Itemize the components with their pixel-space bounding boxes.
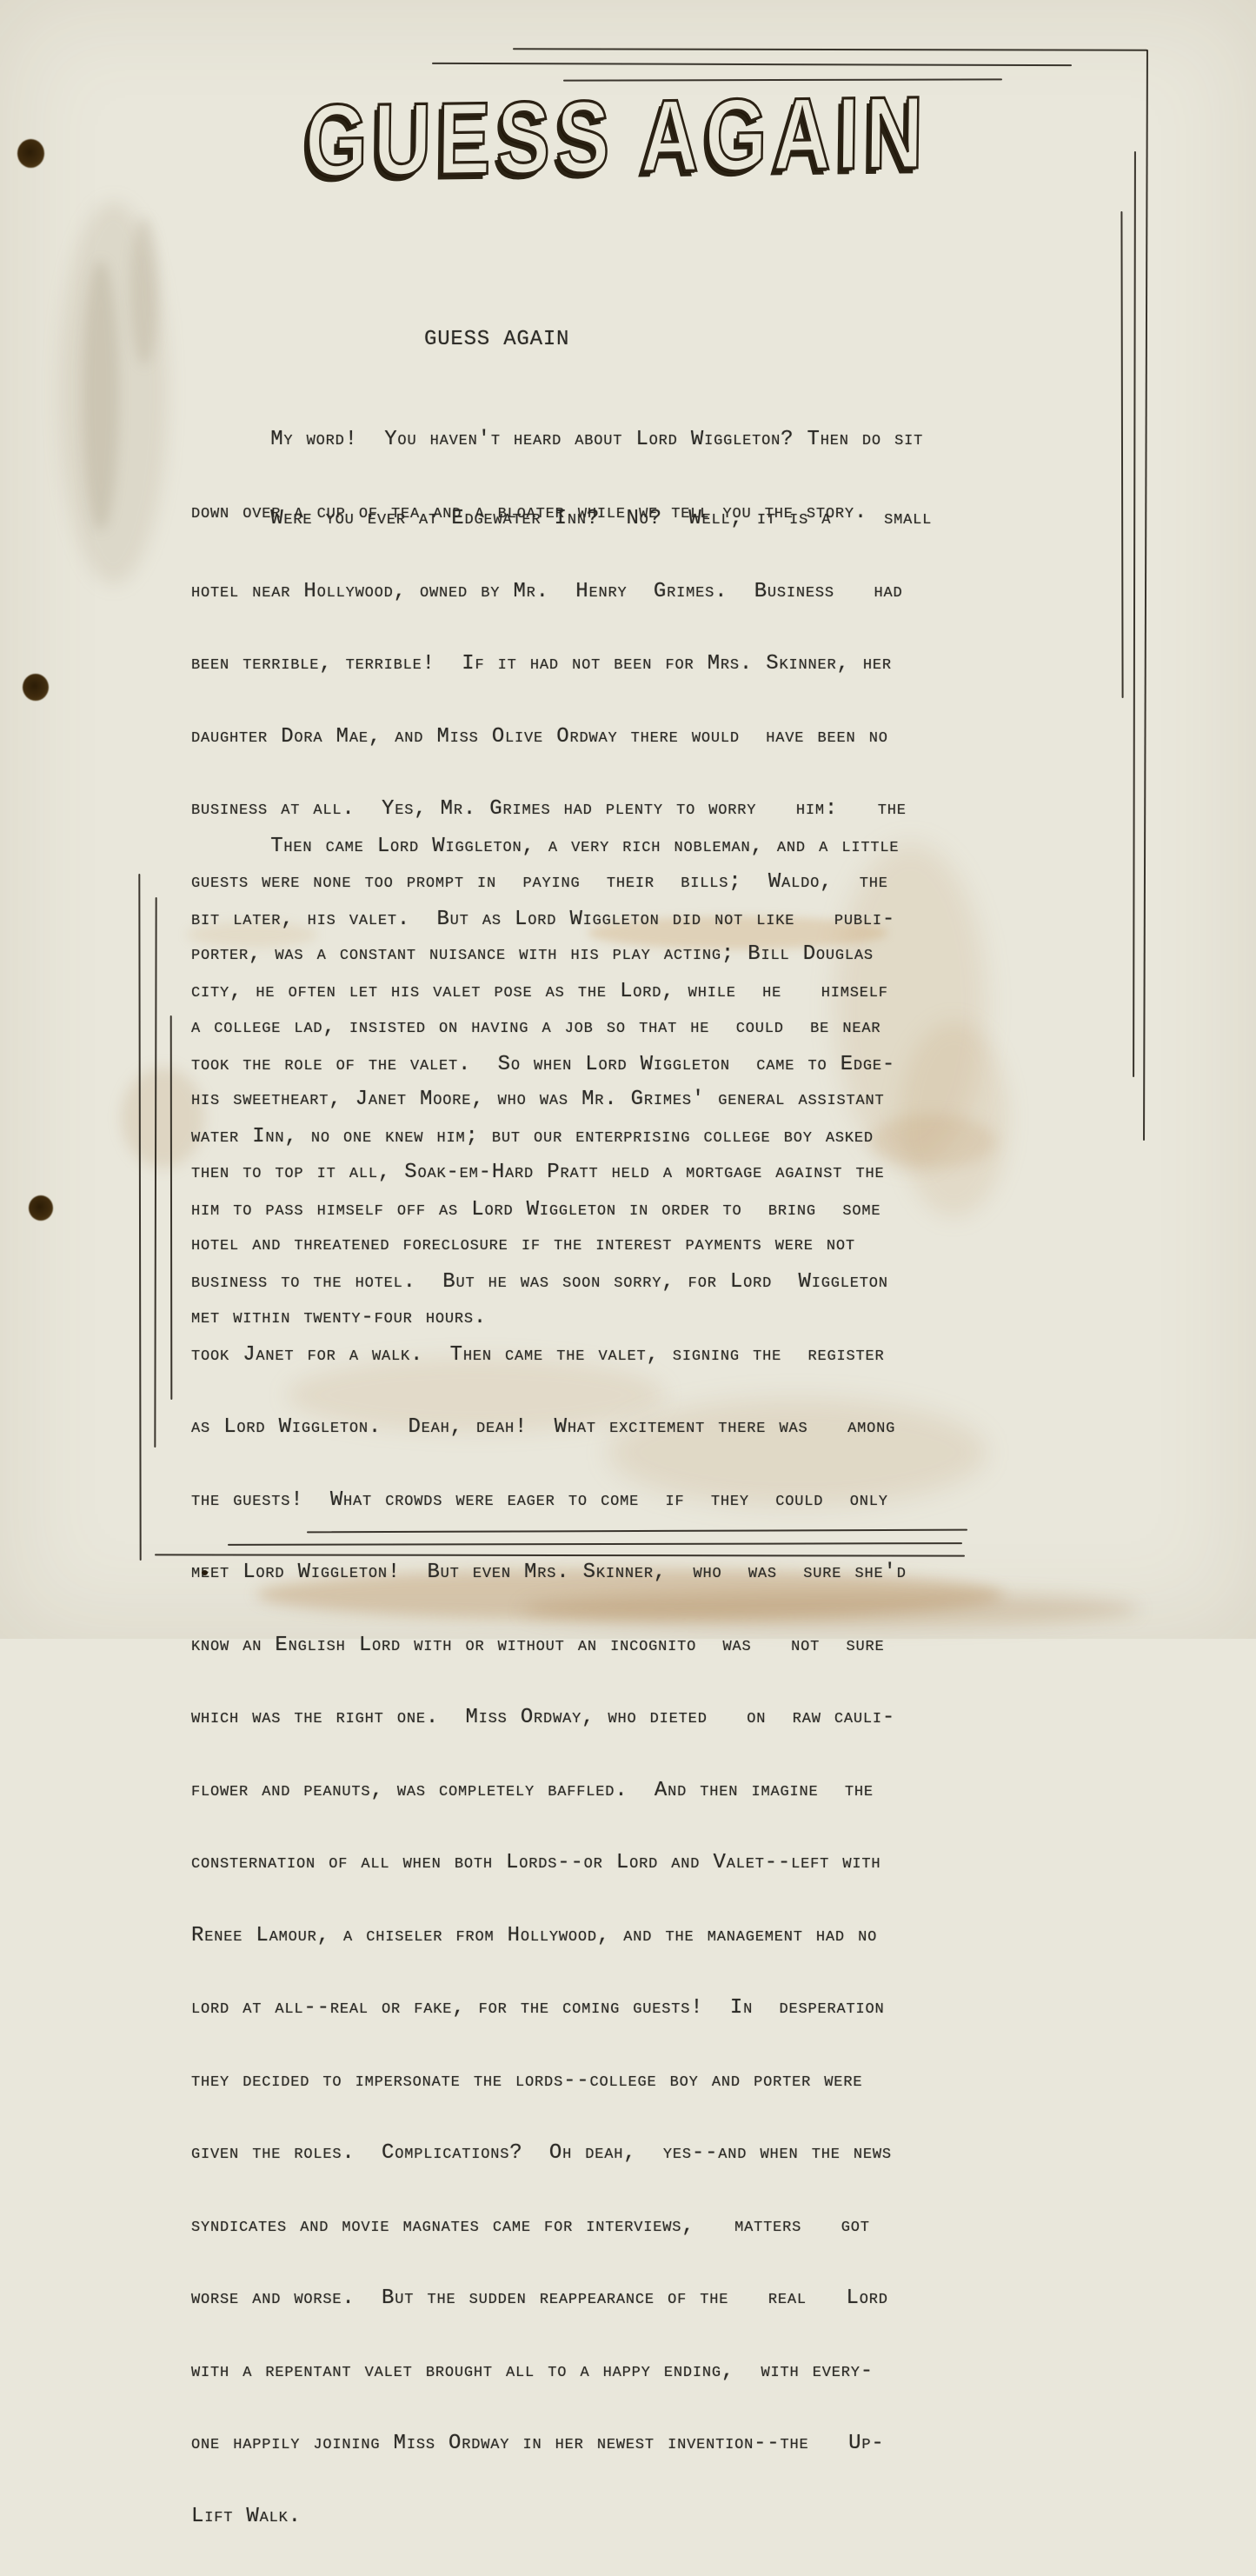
hole-punch <box>23 674 49 701</box>
text-line: daughter Dora Mae, and Miss Olive Ordway… <box>191 724 932 750</box>
text-line: My word! You haven't heard about Lord Wi… <box>191 427 923 453</box>
page-heading: GUESS AGAIN <box>424 327 569 353</box>
text-line: water Inn, no one knew him; but our ente… <box>191 1124 907 1150</box>
text-line: meet Lord Wiggleton! But even Mrs. Skinn… <box>191 1560 907 1586</box>
text-line: Then came Lord Wiggleton, a very rich no… <box>191 834 907 860</box>
border-line-top <box>432 63 1072 66</box>
border-line-right <box>1133 151 1136 1077</box>
border-line-right <box>1143 50 1148 1141</box>
paragraph: Then came Lord Wiggleton, a very rich no… <box>191 787 907 1639</box>
text-line: as Lord Wiggleton. Deah, deah! What exci… <box>191 1414 907 1441</box>
title-art: GUESS AGAIN <box>304 75 949 200</box>
border-line-left <box>170 1015 173 1400</box>
ink-dot <box>202 1570 208 1575</box>
scanned-page: GUESS AGAIN GUESS AGAIN My word! You hav… <box>0 0 1256 1639</box>
text-line: him to pass himself off as Lord Wiggleto… <box>191 1197 907 1223</box>
border-line-left <box>138 874 141 1561</box>
hole-punch <box>29 1195 53 1221</box>
bleed-through-mark <box>83 261 119 530</box>
bleed-through-mark <box>130 217 158 365</box>
border-line-left <box>154 897 156 1448</box>
text-line: the guests! What crowds were eager to co… <box>191 1488 907 1514</box>
text-line: Were you ever at Edgewater Inn? No? Well… <box>191 506 932 532</box>
text-line: took the role of the valet. So when Lord… <box>191 1052 907 1078</box>
border-line-right <box>1120 211 1123 698</box>
hole-punch <box>17 139 44 168</box>
text-line: been terrible, terrible! If it had not b… <box>191 651 932 677</box>
text-line: know an English Lord with or without an … <box>191 1633 907 1640</box>
bleed-through-mark <box>59 202 168 584</box>
text-line: bit later, his valet. But as Lord Wiggle… <box>191 907 907 933</box>
text-line: took Janet for a walk. Then came the val… <box>191 1342 907 1368</box>
text-line: business to the hotel. But he was soon s… <box>191 1269 907 1295</box>
text-line: hotel near Hollywood, owned by Mr. Henry… <box>191 579 932 605</box>
text-line: city, he often let his valet pose as the… <box>191 979 907 1005</box>
border-line-top <box>513 48 1147 51</box>
